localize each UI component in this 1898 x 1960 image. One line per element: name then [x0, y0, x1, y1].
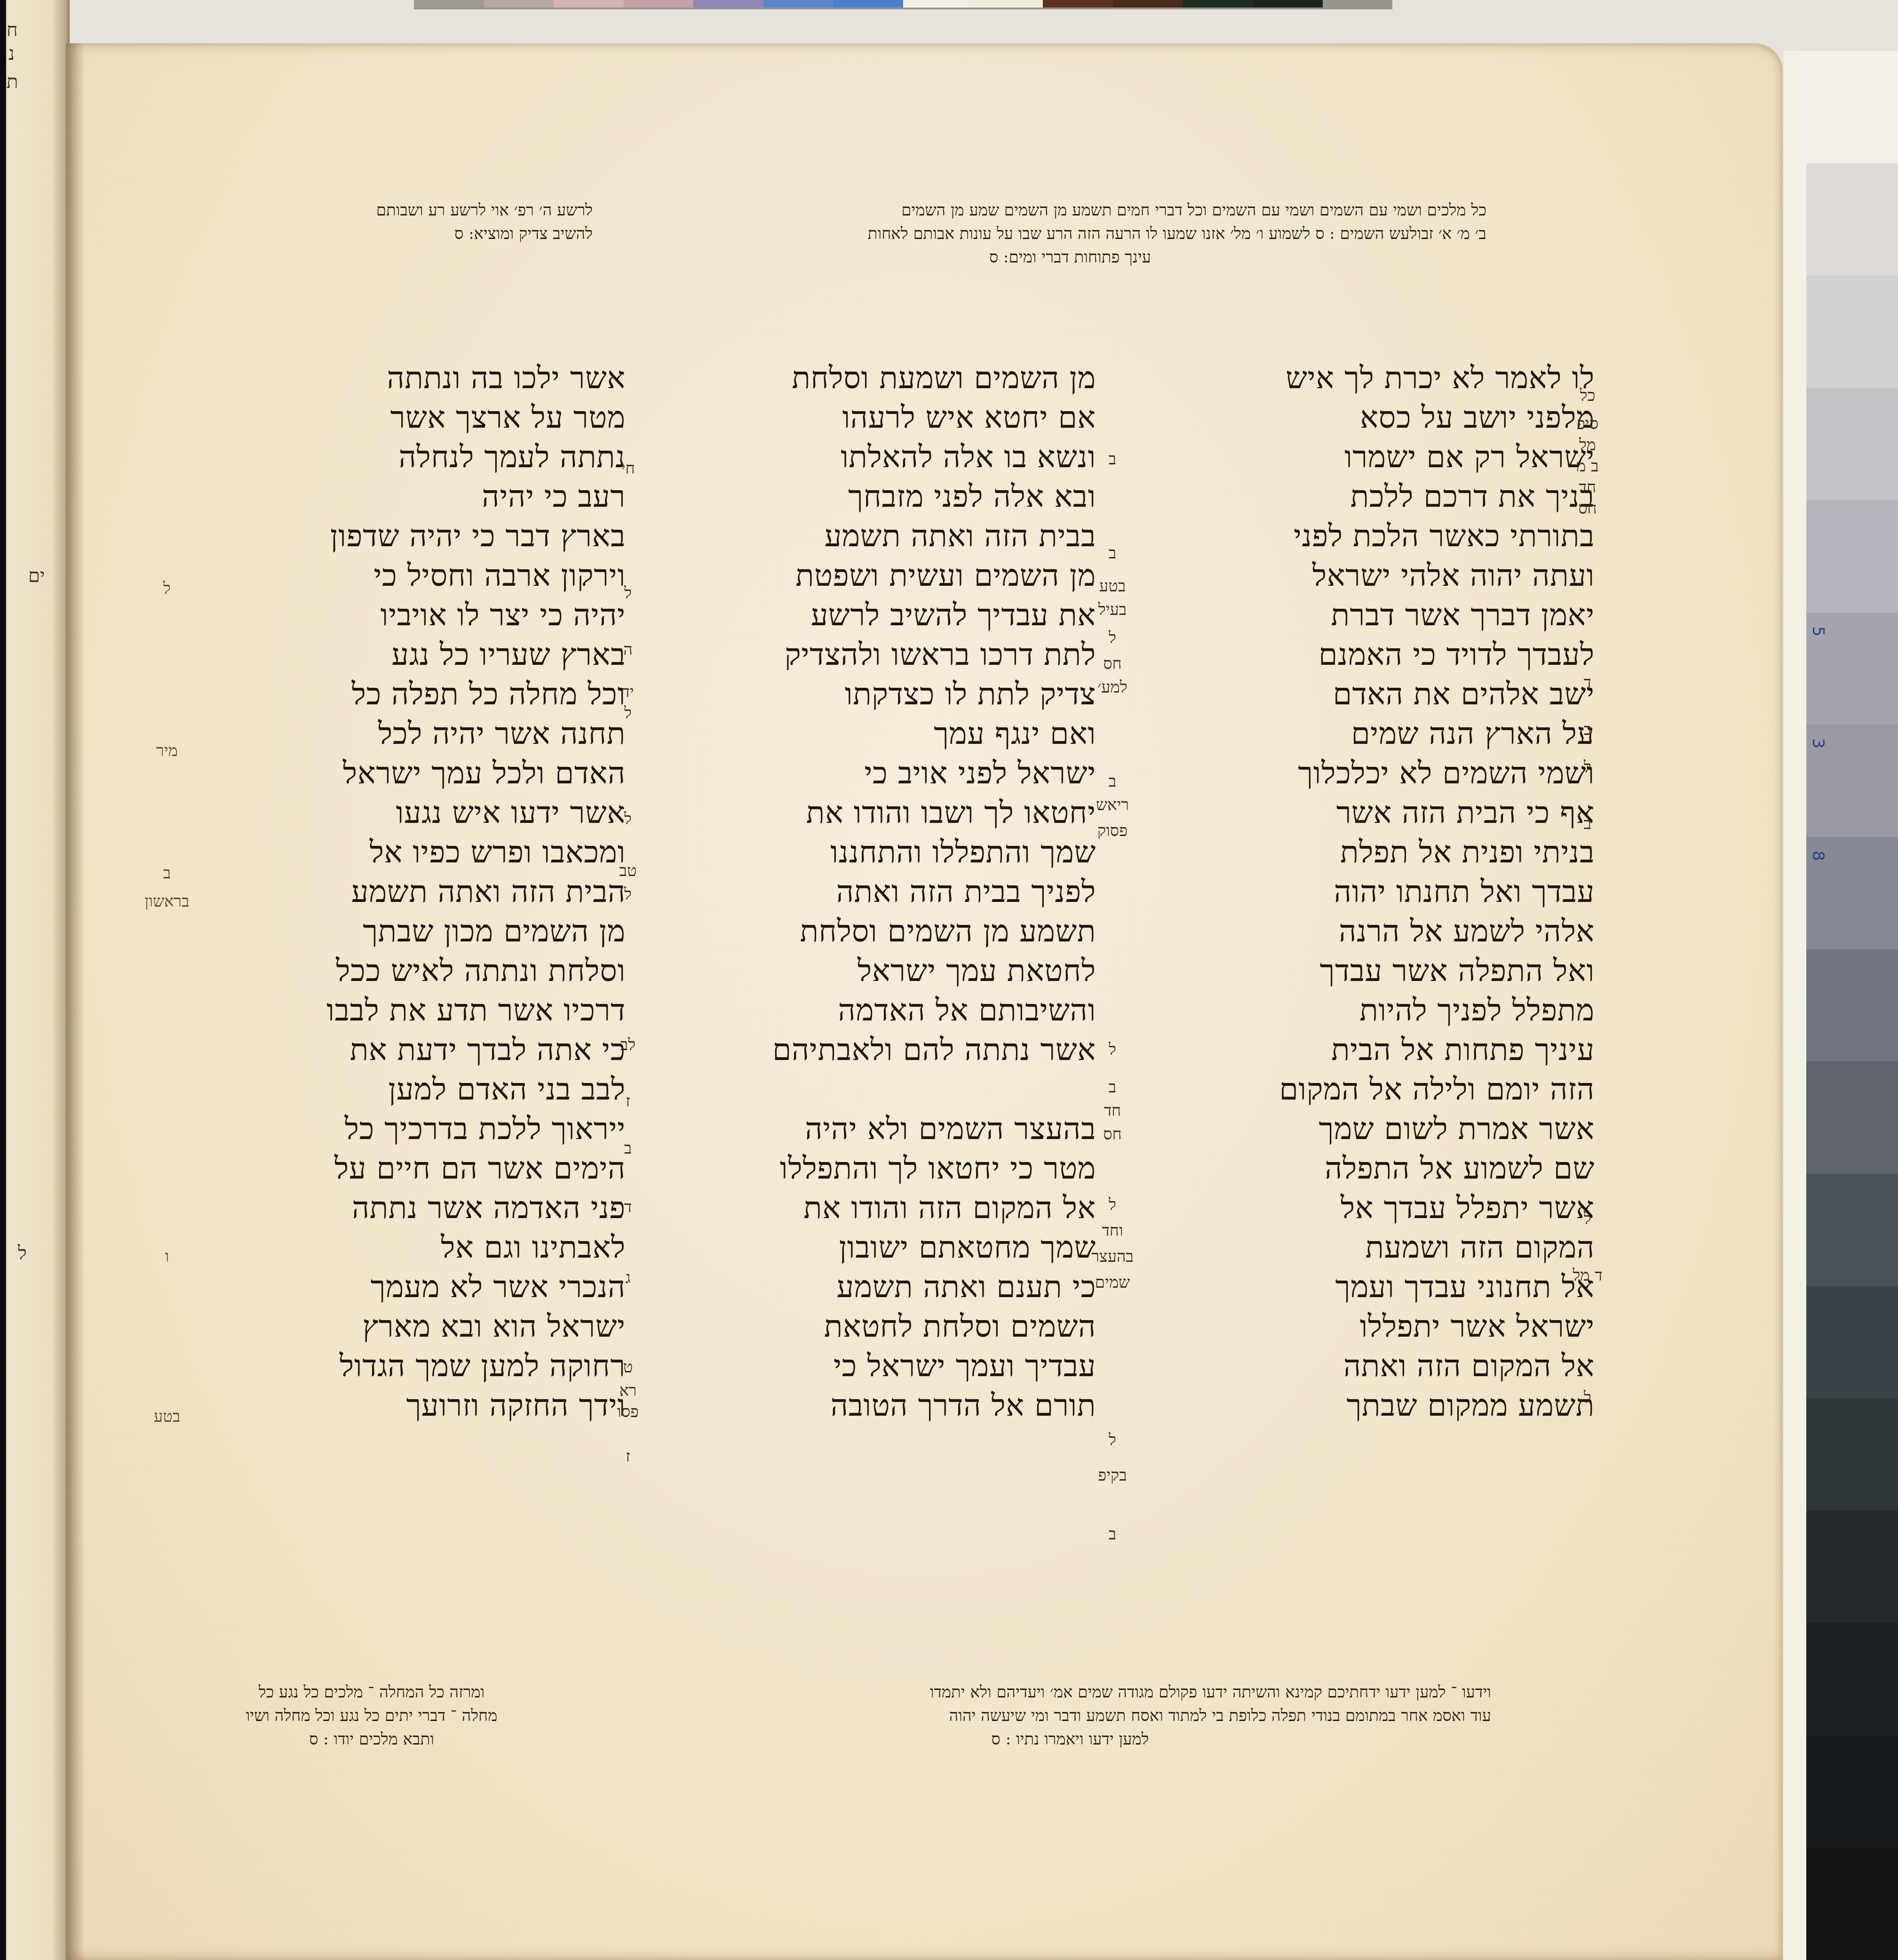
text-line: מלפני יושב על כסא	[1124, 398, 1595, 438]
masora-parva-note: למע׳	[1087, 677, 1138, 697]
text-line: וכל מחלה כל תפלה כל	[198, 675, 626, 714]
calibration-swatch	[1253, 0, 1323, 8]
masora-parva-note: בראשון	[141, 892, 193, 911]
text-line: בהעצר השמים ולא יהיה	[654, 1109, 1096, 1149]
text-line: ואם ינגף עמך	[654, 714, 1096, 754]
masora-top-right: כל מלכים ושמי עם השמים ושמי עם השמים וכל…	[654, 199, 1486, 269]
grayscale-step	[1806, 1736, 1898, 1848]
masora-parva-note: טב	[602, 861, 654, 881]
text-line: אלהי לשמע אל הרנה	[1124, 912, 1595, 951]
masora-parva-note: ל	[1087, 1195, 1138, 1215]
masora-parva-note: סיפ	[1562, 414, 1613, 434]
masora-parva-note: חס	[1562, 499, 1613, 518]
masora-line: מחלה ־ דברי יתים כל נגע וכל מחלה ושיו	[198, 1704, 546, 1728]
text-column-middle: מן השמים ושמעת וסלחתאם יחטא איש לרעהוונש…	[654, 359, 1096, 1426]
grayscale-step	[1806, 1848, 1898, 1960]
masora-bottom-right: וידעו ־ למען ידעו ידחתיכם קמינא והשיתה י…	[649, 1681, 1491, 1751]
text-line: הבית הזה ואתה תשמע	[198, 872, 626, 912]
text-line: בניך את דרכם ללכת	[1124, 477, 1595, 517]
masora-parva-note: ל	[602, 809, 654, 829]
grayscale-step	[1806, 388, 1898, 500]
masora-parva-note: פסוק	[1087, 821, 1138, 841]
masora-parva-note: מיר	[141, 741, 193, 761]
grayscale-step	[1806, 1398, 1898, 1511]
text-line: הנכרי אשר לא מעמך	[198, 1267, 626, 1307]
masora-parva-note: ל	[1087, 628, 1138, 648]
text-line: אשר נתתה להם ולאבתיהם	[654, 1030, 1096, 1070]
text-line: וירקון ארבה וחסיל כי	[198, 556, 626, 596]
text-line: לאבתינו וגם אל	[198, 1228, 626, 1267]
masora-parva-note: ב	[141, 863, 193, 883]
text-line: תחנה אשר יהיה לכל	[198, 714, 626, 754]
masora-parva-note: ב	[1087, 543, 1138, 563]
text-line: ומכאבו ופרש כפיו אל	[198, 833, 626, 872]
calibration-swatch	[484, 0, 554, 8]
grayscale-step	[1806, 1286, 1898, 1399]
text-line: תשמע מן השמים וסלחת	[654, 912, 1096, 951]
masora-line: ומרזה כל המחלה ־ מלכים כל נגע כל	[198, 1681, 546, 1704]
text-line: וסלחת ונתתה לאיש ככל	[198, 951, 626, 991]
text-line: אם יחטא איש לרעהו	[654, 398, 1096, 438]
masora-line: ב׳ מ׳ א׳ זבולעש השמים : ס לשמוע ו׳ מל׳ א…	[654, 222, 1486, 246]
text-line: אף כי הבית הזה אשר	[1124, 793, 1595, 833]
text-line: נתתה לעמך לנחלה	[198, 438, 626, 477]
masora-parva-note: ד	[602, 1197, 654, 1217]
text-line: עבדיך ועמך ישראל כי	[654, 1347, 1096, 1386]
masora-parva-note: לב	[602, 1035, 654, 1055]
text-line: בתורתי כאשר הלכת לפני	[1124, 517, 1595, 556]
facing-page-edge: ח נ ת ים ל	[0, 0, 70, 1960]
white-reference-strip	[1784, 51, 1808, 1960]
text-line: ושמי השמים לא יכלכלוך	[1124, 754, 1595, 793]
masora-parva-note: ל	[602, 583, 654, 603]
text-line: מן השמים ושמעת וסלחת	[654, 359, 1096, 398]
masora-line: כל מלכים ושמי עם השמים ושמי עם השמים וכל…	[654, 199, 1486, 222]
text-line: ונשא בו אלה להאלתו	[654, 438, 1096, 477]
text-line: שמך מחטאתם ישובון	[654, 1228, 1096, 1267]
calibration-swatch	[1323, 0, 1393, 8]
masora-parva-note: רא	[602, 1381, 654, 1401]
masora-parva-note: חד	[1087, 1101, 1138, 1121]
text-line: ייראוך ללכת בדרכיך כל	[198, 1109, 626, 1149]
text-line: רחוקה למען שמך הגדול	[198, 1347, 626, 1386]
masora-parva-note: ד מל	[1562, 1266, 1613, 1285]
calibration-swatch	[1113, 0, 1183, 8]
text-column-left: אשר ילכו בה ונתתהמטר על ארצך אשרנתתה לעמ…	[198, 359, 626, 1426]
text-line: מתפלל לפניך להיות	[1124, 991, 1595, 1030]
masora-parva-note: ז	[602, 1447, 654, 1466]
text-line: יהיה כי יצר לו אויביו	[198, 596, 626, 635]
text-line: תורם אל הדרך הטובה	[654, 1386, 1096, 1426]
masora-parva-note: ל	[1562, 1209, 1613, 1229]
masora-parva-note: בטע	[141, 1407, 193, 1426]
text-line: את עבדיך להשיב לרשע	[654, 596, 1096, 635]
masora-parva-note: כל	[1562, 386, 1613, 406]
text-line: כי אתה לבדך ידעת את	[198, 1030, 626, 1070]
masora-parva-note: ו	[141, 1247, 193, 1267]
text-line: בארץ דבר כי יהיה שדפון	[198, 517, 626, 556]
grayscale-step-mark: 3	[1809, 738, 1827, 749]
grayscale-step	[1806, 163, 1898, 276]
text-line: הזה יומם ולילה אל המקום	[1124, 1070, 1595, 1109]
text-line: עיניך פתחות אל הבית	[1124, 1030, 1595, 1070]
masora-parva-note: ב	[1562, 720, 1613, 740]
calibration-swatch	[693, 0, 763, 8]
text-line: בבית הזה ואתה תשמע	[654, 517, 1096, 556]
text-line: לפניך בבית הזה ואתה	[654, 872, 1096, 912]
text-line: דרכיו אשר תדע את לבבו	[198, 991, 626, 1030]
text-line: ישראל רק אם ישמרו	[1124, 438, 1595, 477]
grayscale-step	[1806, 1174, 1898, 1286]
text-line: עבדך ואל תחנתו יהוה	[1124, 872, 1595, 912]
grayscale-step: 8	[1806, 837, 1898, 949]
grayscale-step	[1806, 500, 1898, 613]
text-line: אשר ילכו בה ונתתה	[198, 359, 626, 398]
text-line: המקום הזה ושמעת	[1124, 1228, 1595, 1267]
masora-parva-note: חס	[1087, 654, 1138, 674]
grayscale-step: 3	[1806, 725, 1898, 837]
masora-parva-note: פסו	[602, 1402, 654, 1422]
facing-page-letter: ח	[7, 19, 18, 41]
masora-line: עינך פתוחות דברי ומים: ס	[654, 246, 1486, 269]
masora-parva-note: ל	[1562, 1388, 1613, 1408]
masora-line: למען ידעו ויאמרו נתיו : ס	[649, 1728, 1491, 1751]
masora-parva-note: בהעצר	[1087, 1247, 1138, 1267]
masora-parva-note: וחד	[1087, 1221, 1138, 1241]
masora-parva-note: ב	[1087, 449, 1138, 469]
text-line	[654, 1070, 1096, 1109]
masora-parva-note: ב	[1087, 1077, 1138, 1097]
facing-page-letter: נ	[8, 42, 15, 64]
text-line: ישראל הוא ובא מארץ	[198, 1307, 626, 1347]
masora-parva-note: ל	[1087, 1430, 1138, 1450]
masora-parva-note: ה	[602, 640, 654, 660]
text-line: ישראל אשר יתפללו	[1124, 1307, 1595, 1347]
text-line: אל המקום הזה ואתה	[1124, 1347, 1595, 1386]
text-column-right: לו לאמר לא יכרת לך אישמלפני יושב על כסאי…	[1124, 359, 1595, 1426]
text-line: ישראל לפני אויב כי	[654, 754, 1096, 793]
masora-parva-note: יד	[602, 682, 654, 702]
text-line: מן השמים ועשית ושפטת	[654, 556, 1096, 596]
text-line: צדיק לתת לו כצדקתו	[654, 675, 1096, 714]
grayscale-step	[1806, 949, 1898, 1062]
gutter-shadow	[66, 43, 85, 1960]
text-line: בניתי ופנית אל תפלת	[1124, 833, 1595, 872]
facing-page-letter: ל	[18, 1242, 27, 1264]
masora-parva-note: שמים	[1087, 1273, 1138, 1292]
text-line: ועתה יהוה אלהי ישראל	[1124, 556, 1595, 596]
text-line: אל תחנוני עבדך ועמך	[1124, 1267, 1595, 1307]
text-line: לחטאת עמך ישראל	[654, 951, 1096, 991]
text-line: לו לאמר לא יכרת לך איש	[1124, 359, 1595, 398]
calibration-swatch	[833, 0, 903, 8]
grayscale-step: 5	[1806, 613, 1898, 725]
text-line: רעב כי יהיה	[198, 477, 626, 517]
masora-parva-note: בעיל	[1087, 600, 1138, 620]
text-line: אשר אמרת לשום שמך	[1124, 1109, 1595, 1149]
masora-line: ותבא מלכים יודו : ס	[198, 1728, 546, 1751]
text-line: אשר יתפלל עבדך אל	[1124, 1188, 1595, 1228]
masora-parva-note: ל	[602, 884, 654, 904]
text-line: ואל התפלה אשר עבדך	[1124, 951, 1595, 991]
masora-line: לרשע ה׳ רפ׳ אוי לרשע רע ושבותם	[207, 199, 593, 222]
text-line: ישב אלהים את האדם	[1124, 675, 1595, 714]
text-line: והשיבותם אל האדמה	[654, 991, 1096, 1030]
masora-parva-note: ל	[602, 703, 654, 723]
masora-parva-note: ריאש	[1087, 795, 1138, 815]
text-line: מן השמים מכון שבתך	[198, 912, 626, 951]
masora-parva-note: ד	[1562, 673, 1613, 693]
calibration-swatch	[414, 0, 484, 8]
grayscale-calibration-strip: 538	[1806, 51, 1898, 1960]
grayscale-step	[1806, 1623, 1898, 1736]
text-line: השמים וסלחת לחטאת	[654, 1307, 1096, 1347]
text-line: תשמע ממקום שבתך	[1124, 1386, 1595, 1426]
text-line: אל המקום הזה והודו את	[654, 1188, 1096, 1228]
text-line: האדם ולכל עמך ישראל	[198, 754, 626, 793]
masora-parva-note: ל	[1087, 1040, 1138, 1060]
calibration-swatch	[763, 0, 834, 8]
masora-parva-note: בקיפ	[1087, 1466, 1138, 1485]
masora-line: עוד ואסמ אחר במתומם בנודי תפלה כלופת בי …	[649, 1704, 1491, 1728]
text-line: לעבדך לדויד כי האמנם	[1124, 635, 1595, 675]
facing-page-letter: ת	[7, 71, 18, 93]
masora-parva-note: ג	[602, 1268, 654, 1288]
text-line: הימים אשר הם חיים על	[198, 1149, 626, 1188]
text-line: שם לשמוע אל התפלה	[1124, 1149, 1595, 1188]
text-line: על הארץ הנה שמים	[1124, 714, 1595, 754]
masora-parva-note: ל	[1562, 757, 1613, 777]
calibration-swatch	[1043, 0, 1113, 8]
masora-parva-note: חס	[1087, 1124, 1138, 1144]
text-line: וידך החזקה וזרועך	[198, 1386, 626, 1426]
calibration-swatch	[554, 0, 624, 8]
grayscale-step-mark: 8	[1809, 851, 1827, 861]
text-line: ובא אלה לפני מזבחך	[654, 477, 1096, 517]
grayscale-step	[1806, 1511, 1898, 1623]
calibration-swatch	[1183, 0, 1253, 8]
masora-parva-note: ב מ	[1562, 456, 1613, 476]
calibration-swatch	[973, 0, 1043, 8]
text-line: מטר על ארצך אשר	[198, 398, 626, 438]
text-line: לבב בני האדם למען	[198, 1070, 626, 1109]
text-line: שמך והתפללו והתחננו	[654, 833, 1096, 872]
calibration-swatch	[624, 0, 694, 8]
text-line: לתת דרכו בראשו ולהצדיק	[654, 635, 1096, 675]
grayscale-step	[1806, 275, 1898, 388]
text-line: בארץ שעריו כל נגע	[198, 635, 626, 675]
masora-parva-note: ל	[141, 579, 193, 598]
masora-parva-note: חי	[602, 459, 654, 478]
color-calibration-strip	[414, 0, 1392, 9]
grayscale-step-mark: 5	[1809, 626, 1827, 637]
masora-line: וידעו ־ למען ידעו ידחתיכם קמינא והשיתה י…	[649, 1681, 1491, 1704]
masora-parva-note: ט	[602, 1357, 654, 1377]
masora-top-left: לרשע ה׳ רפ׳ אוי לרשע רע ושבותם להשיב צדי…	[207, 199, 593, 246]
text-line: פני האדמה אשר נתתה	[198, 1188, 626, 1228]
masora-parva-note: ב	[602, 1139, 654, 1158]
text-line: אשר ידעו איש נגעו	[198, 793, 626, 833]
grayscale-step	[1806, 51, 1898, 163]
masora-parva-note: בטע	[1087, 576, 1138, 596]
masora-parva-note: מל	[1562, 435, 1613, 455]
text-line: כי תענם ואתה תשמע	[654, 1267, 1096, 1307]
masora-parva-note: ב	[1562, 814, 1613, 834]
masora-parva-note: ב	[1087, 1524, 1138, 1544]
masora-line: להשיב צדיק ומוציא: ס	[207, 222, 593, 246]
text-line: מטר כי יחטאו לך והתפללו	[654, 1149, 1096, 1188]
masora-bottom-left: ומרזה כל המחלה ־ מלכים כל נגע כל מחלה ־ …	[198, 1681, 546, 1751]
text-line: יאמן דברך אשר דברת	[1124, 596, 1595, 635]
masora-parva-note: ז	[602, 1092, 654, 1111]
calibration-swatch	[903, 0, 973, 8]
manuscript-page: לרשע ה׳ רפ׳ אוי לרשע רע ושבותם להשיב צדי…	[66, 43, 1783, 1960]
grayscale-step	[1806, 1061, 1898, 1174]
masora-parva-note: ב	[1087, 772, 1138, 791]
text-line: יחטאו לך ושבו והודו את	[654, 793, 1096, 833]
facing-page-letter: ים	[28, 565, 45, 587]
masora-parva-note: חד	[1562, 478, 1613, 497]
